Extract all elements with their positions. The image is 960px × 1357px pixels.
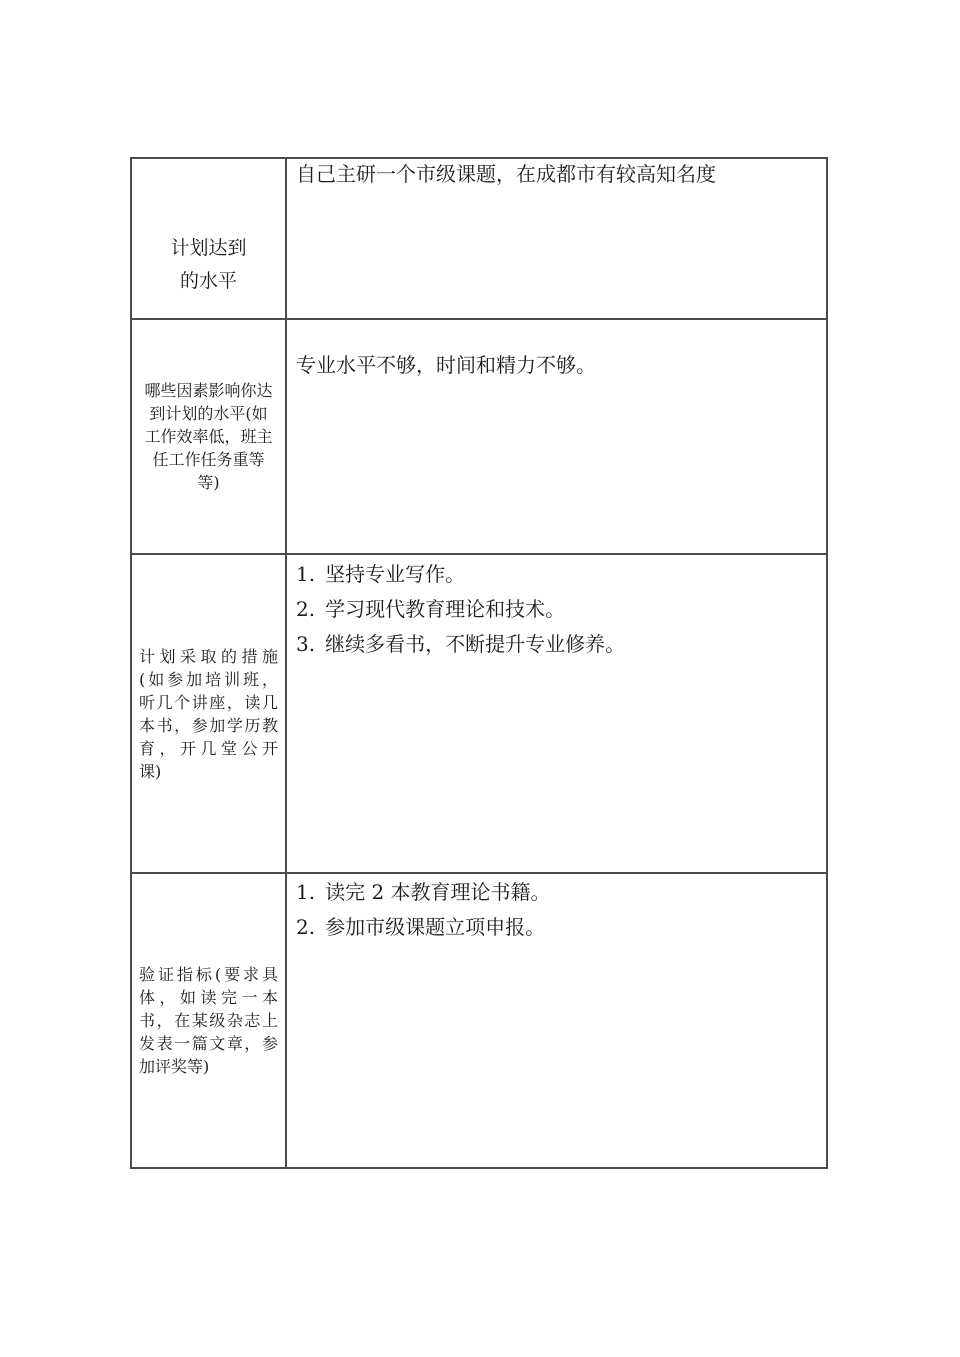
content-paragraph: 专业水平不够，时间和精力不够。 bbox=[296, 352, 812, 379]
list-item: 2.参加市级课题立项申报。 bbox=[296, 914, 812, 941]
cell-influencing-factors-label[interactable]: 哪些因素影响你达 到计划的水平(如 工作效率低，班主 任工作任务重等 等) bbox=[132, 320, 287, 555]
cell-verification-indicators-label[interactable]: 验证指标(要求具 体，如读完一本 书，在某级杂志上 发表一篇文章，参 加评奖等) bbox=[132, 874, 287, 1167]
cell-planned-measures-label[interactable]: 计划采取的措施 (如参加培训班， 听几个讲座，读几 本书，参加学历教 育，开几堂… bbox=[132, 555, 287, 874]
label-line: 的水平 bbox=[139, 265, 278, 298]
label-line: 等) bbox=[139, 471, 278, 494]
cell-planned-level-label[interactable]: 计划达到 的水平 bbox=[132, 159, 287, 320]
cell-verification-indicators-content[interactable]: 1.读完 2 本教育理论书籍。 2.参加市级课题立项申报。 bbox=[287, 874, 826, 1167]
list-item: 1.读完 2 本教育理论书籍。 bbox=[296, 879, 812, 906]
document-page: 计划达到 的水平 自己主研一个市级课题，在成都市有较高知名度 哪些因素影响你达 … bbox=[0, 0, 960, 1357]
label-line: 听几个讲座，读几 bbox=[139, 691, 278, 714]
label-line: 加评奖等) bbox=[139, 1055, 278, 1078]
list-number: 1. bbox=[296, 879, 315, 906]
list-text: 读完 2 本教育理论书籍。 bbox=[325, 880, 550, 904]
list-text: 继续多看书，不断提升专业修养。 bbox=[325, 632, 625, 656]
label-line: 体，如读完一本 bbox=[139, 986, 278, 1009]
cell-planned-level-content[interactable]: 自己主研一个市级课题，在成都市有较高知名度 bbox=[287, 159, 826, 320]
list-number: 2. bbox=[296, 596, 315, 623]
label-line: 计划采取的措施 bbox=[139, 645, 278, 668]
list-text: 学习现代教育理论和技术。 bbox=[325, 597, 565, 621]
plan-form-table: 计划达到 的水平 自己主研一个市级课题，在成都市有较高知名度 哪些因素影响你达 … bbox=[130, 157, 828, 1169]
label-line: 书，在某级杂志上 bbox=[139, 1009, 278, 1032]
content-paragraph: 自己主研一个市级课题，在成都市有较高知名度 bbox=[296, 161, 812, 188]
label-line: 本书，参加学历教 bbox=[139, 714, 278, 737]
list-item: 2.学习现代教育理论和技术。 bbox=[296, 596, 812, 623]
label-line: 课) bbox=[139, 760, 278, 783]
list-number: 3. bbox=[296, 631, 315, 658]
list-number: 1. bbox=[296, 561, 315, 588]
label-line: 任工作任务重等 bbox=[139, 448, 278, 471]
label-line: 工作效率低，班主 bbox=[139, 425, 278, 448]
list-text: 参加市级课题立项申报。 bbox=[325, 915, 545, 939]
list-number: 2. bbox=[296, 914, 315, 941]
label-line: 哪些因素影响你达 bbox=[139, 379, 278, 402]
label-line: (如参加培训班， bbox=[139, 668, 278, 691]
label-line: 验证指标(要求具 bbox=[139, 963, 278, 986]
cell-influencing-factors-content[interactable]: 专业水平不够，时间和精力不够。 bbox=[287, 320, 826, 555]
cell-planned-measures-content[interactable]: 1.坚持专业写作。 2.学习现代教育理论和技术。 3.继续多看书，不断提升专业修… bbox=[287, 555, 826, 874]
list-item: 1.坚持专业写作。 bbox=[296, 561, 812, 588]
label-line: 计划达到 bbox=[139, 232, 278, 265]
list-text: 坚持专业写作。 bbox=[325, 562, 465, 586]
label-line: 到计划的水平(如 bbox=[139, 402, 278, 425]
list-item: 3.继续多看书，不断提升专业修养。 bbox=[296, 631, 812, 658]
label-line: 发表一篇文章，参 bbox=[139, 1032, 278, 1055]
label-line: 育，开几堂公开 bbox=[139, 737, 278, 760]
